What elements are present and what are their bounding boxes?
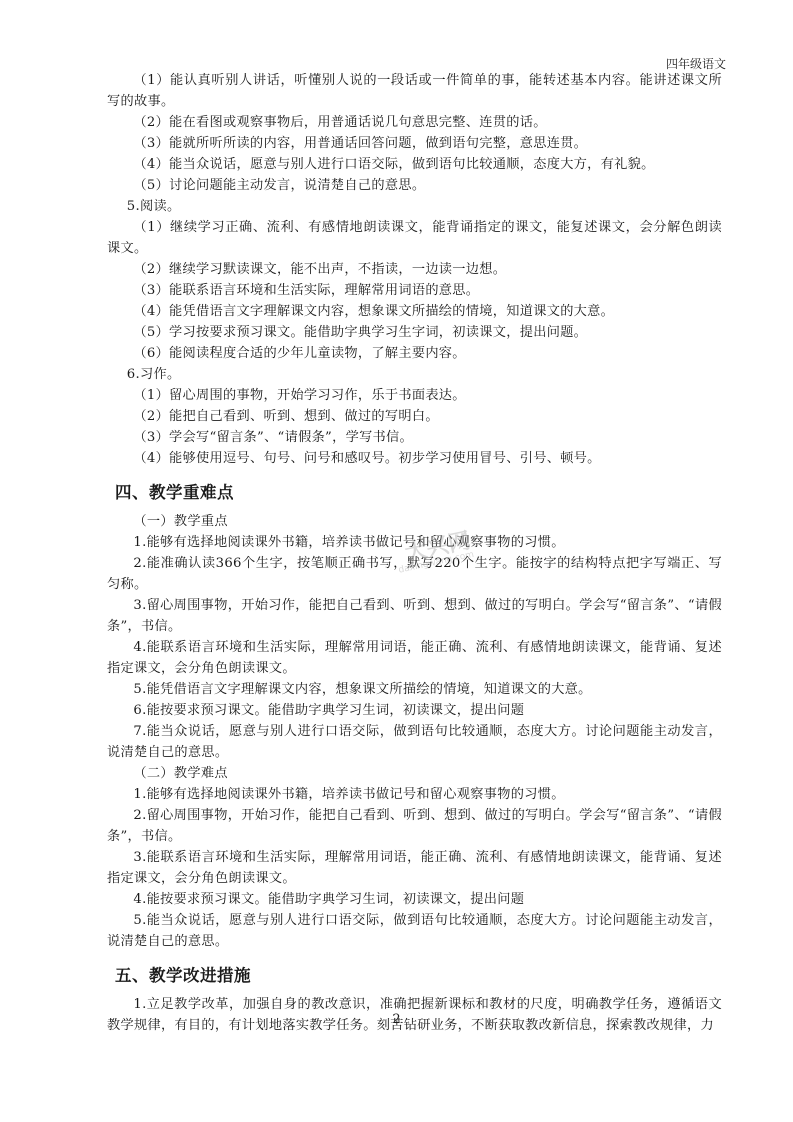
paragraph: （1）能认真听别人讲话，听懂别人说的一段话或一件简单的事，能转述基本内容。能讲述… xyxy=(107,70,722,112)
paragraph: （2）能在看图或观察事物后，用普通话说几句意思完整、连贯的话。 xyxy=(107,112,722,133)
subsection-label: （一）教学重点 xyxy=(107,511,722,532)
paragraph: 7.能当众说话，愿意与别人进行口语交际，做到语句比较通顺，态度大方。讨论问题能主… xyxy=(107,721,722,763)
paragraph: （2）能把自己看到、听到、想到、做过的写明白。 xyxy=(107,406,722,427)
page-number: 2 xyxy=(0,1012,793,1027)
paragraph: （5）讨论问题能主动发言，说清楚自己的意思。 xyxy=(107,175,722,196)
paragraph: 3.能联系语言环境和生活实际，理解常用词语，能正确、流利、有感情地朗读课文，能背… xyxy=(107,847,722,889)
paragraph: 2.留心周围事物，开始习作，能把自己看到、听到、想到、做过的写明白。学会写“留言… xyxy=(107,805,722,847)
paragraph: 3.留心周围事物，开始习作，能把自己看到、听到、想到、做过的写明白。学会写“留言… xyxy=(107,595,722,637)
subsection-label: 6.习作。 xyxy=(107,364,722,385)
subsection-label: （二）教学难点 xyxy=(107,763,722,784)
subsection-label: 5.阅读。 xyxy=(107,196,722,217)
paragraph: （4）能当众说话，愿意与别人进行口语交际，做到语句比较通顺，态度大方，有礼貌。 xyxy=(107,154,722,175)
paragraph: （4）能够使用逗号、句号、问号和感叹号。初步学习使用冒号、引号、顿号。 xyxy=(107,448,722,469)
paragraph: 4.能按要求预习课文。能借助字典学习生词，初读课文，提出问题 xyxy=(107,889,722,910)
paragraph: （2）继续学习默读课文，能不出声，不指读，一边读一边想。 xyxy=(107,259,722,280)
paragraph: 5.能凭借语言文字理解课文内容，想象课文所描绘的情境，知道课文的大意。 xyxy=(107,679,722,700)
paragraph: 5.能当众说话，愿意与别人进行口语交际，做到语句比较通顺，态度大方。讨论问题能主… xyxy=(107,910,722,952)
section-heading: 四、教学重难点 xyxy=(107,479,722,503)
paragraph: （3）能联系语言环境和生活实际，理解常用词语的意思。 xyxy=(107,280,722,301)
paragraph: （6）能阅读程度合适的少年儿童读物，了解主要内容。 xyxy=(107,343,722,364)
paragraph: 4.能联系语言环境和生活实际，理解常用词语，能正确、流利、有感情地朗读课文，能背… xyxy=(107,637,722,679)
paragraph: （4）能凭借语言文字理解课文内容，想象课文所描绘的情境，知道课文的大意。 xyxy=(107,301,722,322)
section-heading: 五、教学改进措施 xyxy=(107,962,722,986)
paragraph: （5）学习按要求预习课文。能借助字典学习生字词，初读课文，提出问题。 xyxy=(107,322,722,343)
paragraph: （3）能就所听所读的内容，用普通话回答问题，做到语句完整，意思连贯。 xyxy=(107,133,722,154)
paragraph: （3）学会写“留言条”、“请假条”，学写书信。 xyxy=(107,427,722,448)
paragraph: 1.能够有选择地阅读课外书籍，培养读书做记号和留心观察事物的习惯。 xyxy=(107,784,722,805)
paragraph: （1）继续学习正确、流利、有感情地朗读课文，能背诵指定的课文，能复述课文，会分解… xyxy=(107,217,722,259)
paragraph: 6.能按要求预习课文。能借助字典学习生词，初读课文，提出问题 xyxy=(107,700,722,721)
paragraph: （1）留心周围的事物，开始学习习作，乐于书面表达。 xyxy=(107,385,722,406)
